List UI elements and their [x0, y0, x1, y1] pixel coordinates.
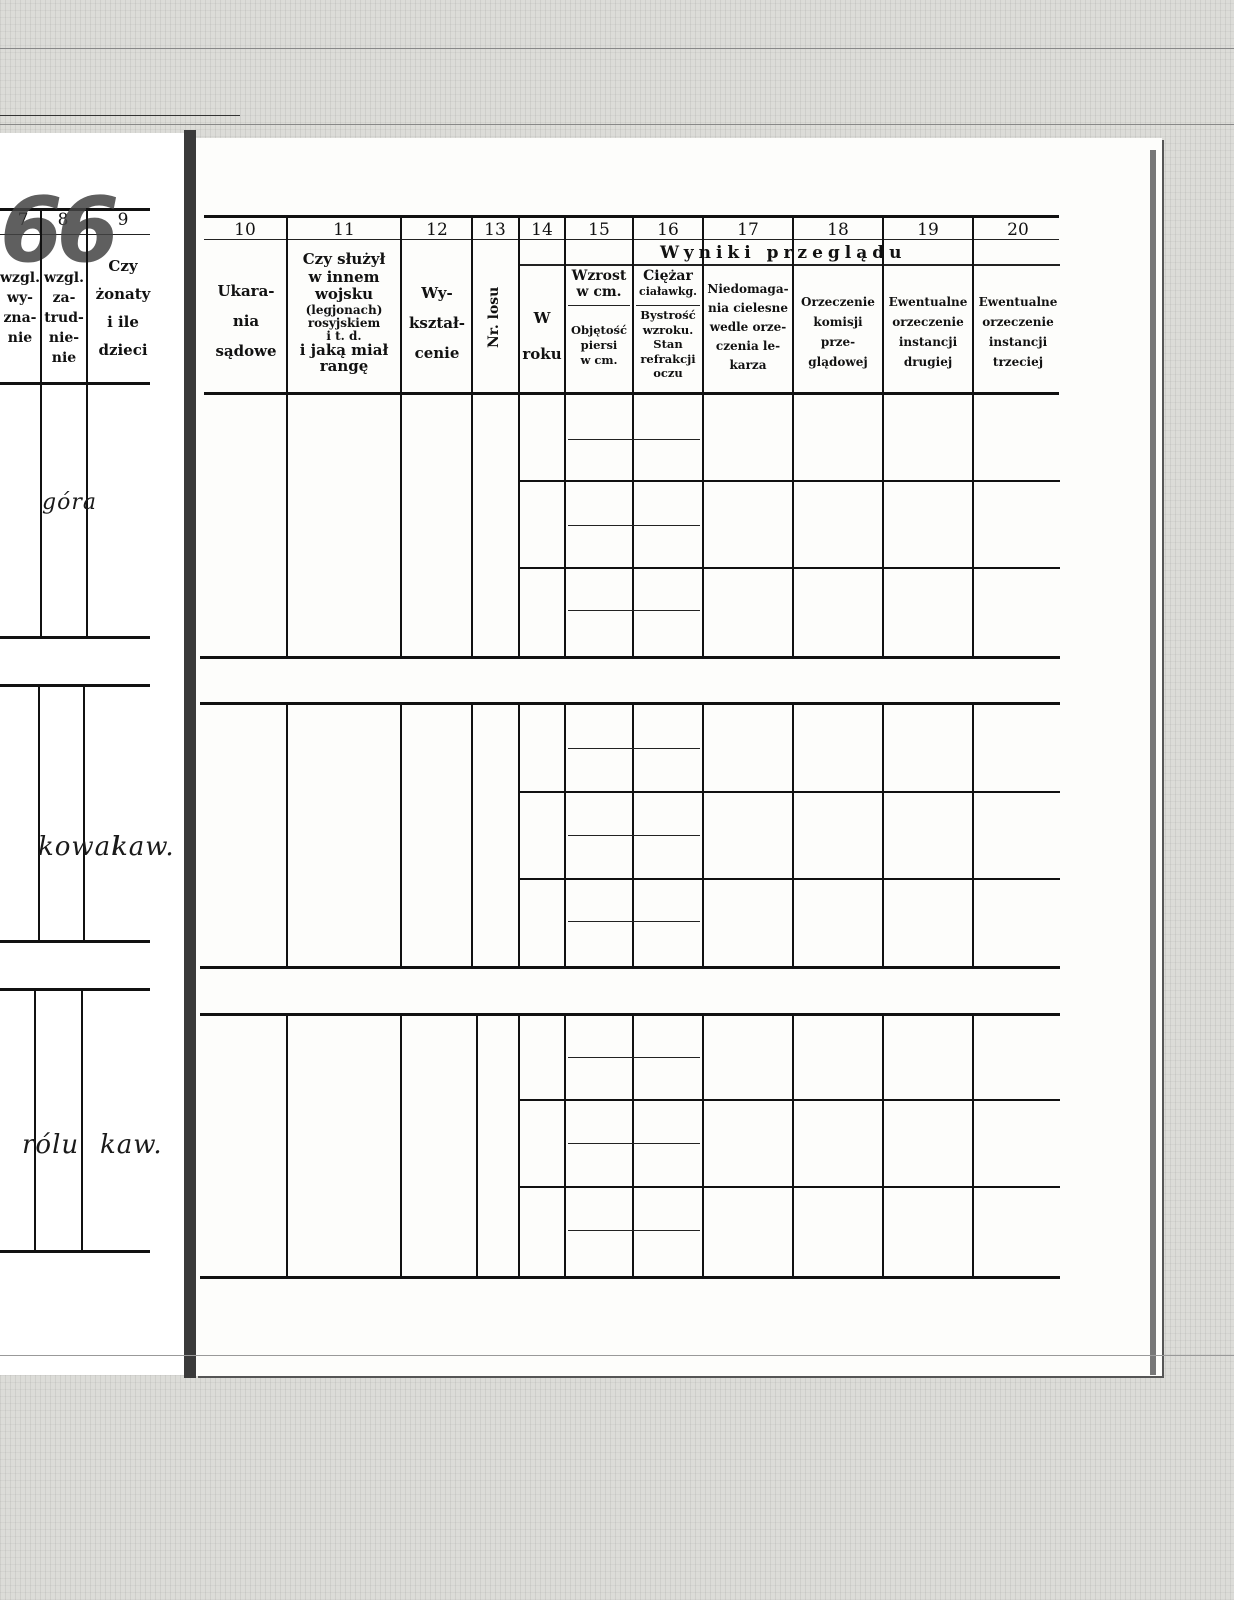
subrow-rule: [568, 921, 700, 922]
header-line: nia: [206, 306, 286, 336]
subrow-rule: [520, 480, 1060, 482]
header-line: orzeczenie: [884, 312, 972, 332]
col-number: 18: [794, 220, 882, 240]
col20-header: Ewentualne orzeczenie instancji trzeciej: [974, 292, 1062, 372]
col-divider: [792, 215, 794, 392]
left-row-rule: [0, 940, 150, 943]
col-divider: [400, 215, 402, 392]
col-divider: [564, 215, 566, 392]
col-divider: [400, 394, 402, 656]
header-line: drugiej: [884, 352, 972, 372]
header-line: rangę: [288, 358, 400, 375]
header-line: w cm.: [566, 284, 632, 300]
header-line: wzroku.: [634, 323, 702, 338]
left-row-rule: [0, 1250, 150, 1253]
col-divider: [702, 394, 704, 656]
header-line: w cm.: [566, 353, 632, 368]
left-col-divider: [86, 208, 88, 636]
header-line: Niedomaga-: [704, 280, 792, 299]
col19-header: Ewentualne orzeczenie instancji drugiej: [884, 292, 972, 372]
header-line: Orzeczenie: [794, 292, 882, 312]
col16-split-rule: [636, 305, 700, 306]
header-line: Ciężar: [634, 268, 702, 284]
col-divider: [286, 704, 288, 966]
header-line: Wy-: [402, 278, 472, 308]
left-col-divider: [38, 684, 40, 940]
col15-header-top: Wzrost w cm.: [566, 268, 632, 300]
subrow-rule: [520, 791, 1060, 793]
row-rule: [200, 1013, 1060, 1016]
header-line: Wzrost: [566, 268, 632, 284]
header-line: wedle orze-: [704, 318, 792, 337]
header-line: glądowej: [794, 352, 882, 372]
col-divider: [702, 1015, 704, 1276]
col12-header: Wy- kształ- cenie: [402, 278, 472, 368]
col-number: 15: [566, 220, 632, 240]
col11-header: Czy służył w innem wojsku (legjonach) ro…: [288, 250, 400, 375]
left-col8-header: wzgl. za- trud- nie- nie: [42, 268, 86, 368]
col-divider: [471, 394, 473, 656]
header-line: zna-: [0, 308, 40, 328]
col-divider: [632, 1015, 634, 1276]
row-rule: [200, 966, 1060, 969]
col17-header: Niedomaga- nia cielesne wedle orze- czen…: [704, 280, 792, 375]
scan-artifact-line: [0, 115, 240, 116]
left-col-divider: [83, 684, 85, 940]
col-divider: [882, 394, 884, 656]
col16-header-top: Ciężar ciaławkg.: [634, 268, 702, 300]
col-divider: [882, 704, 884, 966]
subrow-rule: [520, 567, 1060, 569]
header-line: instancji: [974, 332, 1062, 352]
subrow-rule: [568, 1230, 700, 1231]
header-line: ciaławkg.: [634, 284, 702, 300]
col-divider: [286, 1015, 288, 1276]
left-col-divider: [34, 988, 36, 1250]
page-edge: [1150, 150, 1156, 1375]
col-divider: [400, 1015, 402, 1276]
col-number: 11: [288, 220, 400, 240]
header-line: prze-: [794, 332, 882, 352]
col-number: 17: [704, 220, 792, 240]
col-divider: [286, 394, 288, 656]
header-line: Ewentualne: [974, 292, 1062, 312]
header-line: Bystrość: [634, 308, 702, 323]
scan-artifact-line: [0, 48, 1234, 49]
col-number: 20: [974, 220, 1062, 240]
col-divider: [972, 1015, 974, 1276]
col10-header: Ukara- nia sądowe: [206, 276, 286, 366]
header-line: komisji: [794, 312, 882, 332]
header-line: Stan: [634, 337, 702, 352]
col-divider: [471, 704, 473, 966]
header-line: nia cielesne: [704, 299, 792, 318]
header-line: wojsku: [288, 285, 400, 303]
header-line: i jaką miał: [288, 342, 400, 358]
header-line: Czy służył: [288, 250, 400, 269]
col-divider: [564, 1015, 566, 1276]
col-divider: [476, 1015, 478, 1276]
col-divider: [518, 215, 520, 392]
col-number: 14: [520, 220, 564, 240]
col15-split-rule: [568, 305, 630, 306]
col-number: 10: [204, 220, 286, 240]
header-line: refrakcji: [634, 352, 702, 367]
row-rule: [200, 702, 1060, 705]
header-line: karza: [704, 356, 792, 375]
header-line: Ewentualne: [884, 292, 972, 312]
header-line: W: [520, 300, 564, 336]
col-divider: [882, 1015, 884, 1276]
header-line: roku: [520, 336, 564, 372]
col16-header-bottom: Bystrość wzroku. Stan refrakcji oczu: [634, 308, 702, 381]
header-line: dzieci: [88, 336, 158, 364]
col14-header: W roku: [520, 300, 564, 372]
header-line: czenia le-: [704, 337, 792, 356]
left-col-divider: [81, 988, 83, 1250]
handwritten-entry: kaw.: [112, 832, 175, 862]
header-line: cenie: [402, 338, 472, 368]
subrow-rule: [568, 525, 700, 526]
scan-artifact-line: [0, 124, 1234, 125]
header-line: kształ-: [402, 308, 472, 338]
row-rule: [200, 1276, 1060, 1279]
handwritten-entry: kaw.: [100, 1130, 163, 1160]
subrow-rule: [520, 1099, 1060, 1101]
col-divider: [518, 394, 520, 656]
col-divider: [792, 704, 794, 966]
book-spine: [184, 130, 196, 1378]
header-line: nie: [0, 328, 40, 348]
handwritten-entry: rólu: [22, 1130, 79, 1160]
header-line: trzeciej: [974, 352, 1062, 372]
header-line: żonaty: [88, 280, 158, 308]
col-divider: [564, 704, 566, 966]
left-row-rule: [0, 684, 150, 687]
col-divider: [972, 215, 974, 392]
header-line: trud-: [42, 308, 86, 328]
col18-header: Orzeczenie komisji prze- glądowej: [794, 292, 882, 372]
header-line: nie: [42, 348, 86, 368]
subrow-rule: [568, 439, 700, 440]
col-divider: [632, 215, 634, 392]
col-divider: [518, 704, 520, 966]
header-line: oczu: [634, 366, 702, 381]
subrow-rule: [520, 1186, 1060, 1188]
col-number: 12: [402, 220, 472, 240]
col13-header: Nr. losu: [486, 288, 502, 348]
ink-number-mark: 66: [0, 186, 113, 276]
left-col-divider: [40, 208, 42, 636]
col-divider: [702, 215, 704, 392]
header-line: sądowe: [206, 336, 286, 366]
left-header-bottom-rule: [0, 382, 150, 385]
col-divider: [792, 1015, 794, 1276]
subrow-rule: [568, 748, 700, 749]
subrow-rule: [568, 610, 700, 611]
scan-artifact-line: [0, 1355, 1234, 1356]
left-row-rule: [0, 636, 150, 639]
col-divider: [882, 215, 884, 392]
col-divider: [702, 704, 704, 966]
col-number: 19: [884, 220, 972, 240]
header-line: instancji: [884, 332, 972, 352]
header-line: nie-: [42, 328, 86, 348]
wyniki-rule: [520, 264, 1060, 266]
header-line: wy-: [0, 288, 40, 308]
col-divider: [564, 394, 566, 656]
subrow-rule: [568, 835, 700, 836]
header-line: w innem: [288, 269, 400, 285]
header-line: Ukara-: [206, 276, 286, 306]
left-row-rule: [0, 988, 150, 991]
col-divider: [792, 394, 794, 656]
header-line: orzeczenie: [974, 312, 1062, 332]
col-divider: [286, 215, 288, 392]
col-divider: [972, 704, 974, 966]
header-line: Objętość: [566, 323, 632, 338]
col-divider: [972, 394, 974, 656]
row-rule: [200, 656, 1060, 659]
col-divider: [400, 704, 402, 966]
col15-header-bottom: Objętość piersi w cm.: [566, 323, 632, 368]
header-line: piersi: [566, 338, 632, 353]
handwritten-entry: góra: [42, 490, 97, 515]
header-line: i ile: [88, 308, 158, 336]
section-title-wyniki: Wyniki przeglądu: [660, 243, 907, 263]
header-line: (legjonach): [288, 303, 400, 317]
subrow-rule: [568, 1143, 700, 1144]
col-divider: [471, 215, 473, 392]
header-line: za-: [42, 288, 86, 308]
col-divider: [518, 1015, 520, 1276]
col-number: 13: [472, 220, 518, 240]
col-number: 16: [634, 220, 702, 240]
subrow-rule: [568, 1057, 700, 1058]
subrow-rule: [520, 878, 1060, 880]
handwritten-entry: kowal: [38, 832, 120, 862]
